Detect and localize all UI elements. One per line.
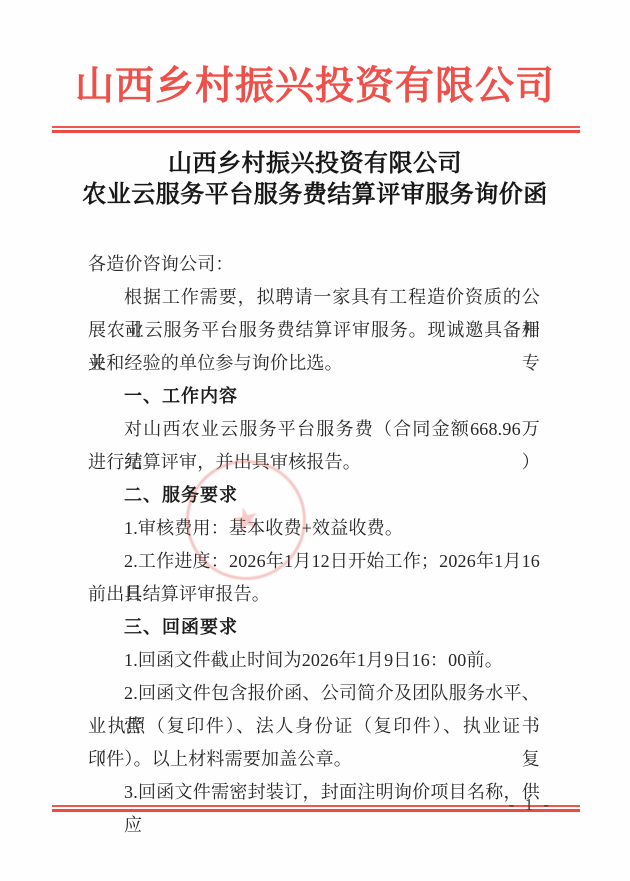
document-title-line1: 山西乡村振兴投资有限公司	[0, 149, 630, 180]
section-heading-3: 三、回函要求	[88, 611, 540, 644]
divider-thick-line	[52, 130, 580, 133]
body-line: 展农业云服务平台服务费结算评审服务。现诚邀具备相关专	[88, 314, 540, 347]
document-body: 各造价咨询公司： 根据工作需要，拟聘请一家具有工程造价资质的公司开 展农业云服务…	[88, 248, 540, 809]
divider-thin-line	[52, 126, 580, 128]
page-number: - 1 -	[509, 794, 552, 816]
body-line: 根据工作需要，拟聘请一家具有工程造价资质的公司开	[88, 281, 540, 314]
body-line-salutation: 各造价咨询公司：	[88, 248, 540, 281]
letterhead-divider-rule	[52, 126, 580, 133]
body-line: 2.工作进度：2026年1月12日开始工作；2026年1月16日	[88, 545, 540, 578]
section-heading-1: 一、工作内容	[88, 380, 540, 413]
divider-thin-line	[52, 805, 580, 807]
footer-divider-rule	[52, 805, 580, 812]
body-line: 2.回函文件包含报价函、公司简介及团队服务水平、营	[88, 677, 540, 710]
scanned-document-page: 山西乡村振兴投资有限公司 山西乡村振兴投资有限公司 农业云服务平台服务费结算评审…	[0, 0, 630, 881]
body-line: 1.审核费用：基本收费+效益收费。	[88, 512, 540, 545]
body-line: 对山西农业云服务平台服务费（合同金额668.96万元）	[88, 413, 540, 446]
section-heading-2: 二、服务要求	[88, 479, 540, 512]
body-line: 前出具结算评审报告。	[88, 578, 540, 611]
seal-star-icon: ★	[227, 497, 264, 541]
document-title-line2: 农业云服务平台服务费结算评审服务询价函	[0, 180, 630, 211]
divider-thick-line	[52, 809, 580, 812]
body-line: 业执照（复印件）、法人身份证（复印件）、执业证书（复	[88, 710, 540, 743]
body-line: 1.回函文件截止时间为2026年1月9日16：00前。	[88, 644, 540, 677]
letterhead-company-name: 山西乡村振兴投资有限公司	[0, 64, 630, 110]
document-title: 山西乡村振兴投资有限公司 农业云服务平台服务费结算评审服务询价函	[0, 149, 630, 211]
